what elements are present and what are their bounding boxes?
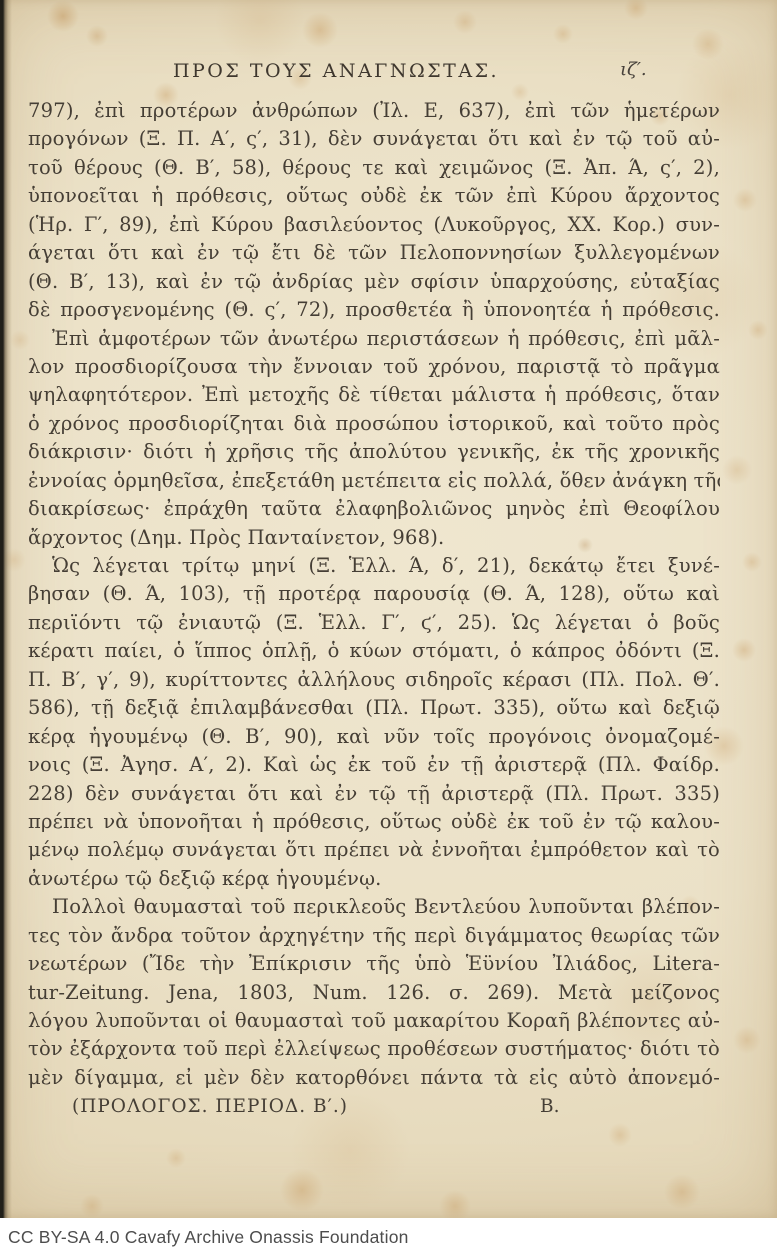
text-line: ἐννοίας ὁρμηθεῖσα, ἐπεξετάθη μετέπειτα ε… [28, 467, 720, 495]
text-line: 228) δὲν συνάγεται ὅτι καὶ ἐν τῷ τῇ ἀρισ… [28, 780, 720, 808]
text-line: λον προσδιορίζουσα τὴν ἔννοιαν τοῦ χρόνο… [28, 353, 720, 381]
text-line: μὲν δίγαμμα, εἰ μὲν δὲν κατορθόνει πάντα… [28, 1064, 720, 1092]
text-line: ψηλαφητότερον. Ἐπὶ μετοχῆς δὲ τίθεται μά… [28, 381, 720, 409]
text-line: άγεται ὅτι καὶ ἐν τῷ ἔτι δὲ τῶν Πελοπονν… [28, 239, 720, 267]
text-line: τοῦ θέρους (Θ. Β′, 58), θέρους τε καὶ χε… [28, 154, 720, 182]
text-line: tur-Zeitung. Jena, 1803, Num. 126. σ. 26… [28, 979, 720, 1007]
signature-mark: Β. [540, 1096, 559, 1117]
text-line: δὲ προσγενομένης (Θ. ς′, 72), προσθετέα … [28, 296, 720, 324]
license-band: CC BY-SA 4.0 Cavafy Archive Onassis Foun… [0, 1218, 777, 1256]
text-line: κέρᾳ ἡγουμένῳ (Θ. Β′, 90), καὶ νῦν τοῖς … [28, 723, 720, 751]
text-line: νοις (Ξ. Ἀγησ. Α′, 2). Καὶ ὡς ἐκ τοῦ ἐν … [28, 751, 720, 779]
body-text: 797), ἐπὶ προτέρων ἀνθρώπων (Ἰλ. Ε, 637)… [28, 97, 720, 1092]
license-caption: CC BY-SA 4.0 Cavafy Archive Onassis Foun… [0, 1227, 409, 1248]
text-line: Πολλοὶ θαυμασταὶ τοῦ περικλεοῦς Βεντλεύο… [28, 893, 720, 921]
text-line: Π. Β′, γ′, 9), κυρίττοντες ἀλλήλους σιδη… [28, 666, 720, 694]
text-line: προγόνων (Ξ. Π. Α′, ς′, 31), δὲν συνάγετ… [28, 125, 720, 153]
running-header-title: ΠΡΟΣ ΤΟΥΣ ΑΝΑΓΝΩΣΤΑΣ. [0, 60, 672, 82]
text-line: κέρατι παίει, ὁ ἵππος ὁπλῇ, ὁ κύων στόμα… [28, 637, 720, 665]
text-line: διακρίσεως· ἐπράχθη ταῦτα ἐλαφηβολιῶνος … [28, 495, 720, 523]
text-line: πρέπει νὰ ὑπονοῆται ἡ πρόθεσις, οὕτως οὐ… [28, 808, 720, 836]
book-binding-edge [0, 0, 12, 1218]
scanned-book-page-view: ΠΡΟΣ ΤΟΥΣ ΑΝΑΓΝΩΣΤΑΣ. ιζ′. 797), ἐπὶ προ… [0, 0, 777, 1256]
text-line: ἀνωτέρω τῷ δεξιῷ κέρᾳ ἡγουμένῳ. [28, 865, 720, 893]
text-line: Ὡς λέγεται τρίτῳ μηνί (Ξ. Ἑλλ. Ά, δ′, 21… [28, 552, 720, 580]
footer-volume-label: (ΠΡΟΛΟΓΟΣ. ΠΕΡΙΟΔ. Β′.) [72, 1096, 348, 1117]
text-line: ἄρχοντος (Δημ. Πρὸς Πανταίνετον, 968). [28, 524, 720, 552]
text-line: ὑπονοεῖται ἡ πρόθεσις, οὕτως οὐδὲ ἐκ τῶν… [28, 182, 720, 210]
text-line: μένῳ πολέμῳ συνάγεται ὅτι πρέπει νὰ ἐννο… [28, 836, 720, 864]
text-line: Ἐπὶ ἀμφοτέρων τῶν ἀνωτέρω περιστάσεων ἡ … [28, 325, 720, 353]
text-line: διάκρισιν· διότι ἡ χρῆσις τῆς ἀπολύτου γ… [28, 438, 720, 466]
text-line: 586), τῇ δεξιᾷ ἐπιλαμβάνεσθαι (Πλ. Πρωτ.… [28, 694, 720, 722]
text-line: ὁ χρόνος προσδιορίζηται διὰ προσώπου ἱστ… [28, 410, 720, 438]
page-number: ιζ′. [620, 59, 647, 80]
book-page: ΠΡΟΣ ΤΟΥΣ ΑΝΑΓΝΩΣΤΑΣ. ιζ′. 797), ἐπὶ προ… [0, 0, 777, 1218]
text-line: 797), ἐπὶ προτέρων ἀνθρώπων (Ἰλ. Ε, 637)… [28, 97, 720, 125]
text-line: (Θ. Β′, 13), καὶ ἐν τῷ ἀνδρίας μὲν σφίσι… [28, 268, 720, 296]
text-line: περιϊόντι τῷ ἐνιαυτῷ (Ξ. Ἑλλ. Γ′, ϛ′, 25… [28, 609, 720, 637]
text-line: τὸν ἐξάρχοντα τοῦ περὶ ἐλλείψεως προθέσε… [28, 1035, 720, 1063]
text-line: νεωτέρων (Ἴδε τὴν Ἐπίκρισιν τῆς ὑπὸ Ἑϋνί… [28, 950, 720, 978]
text-line: (Ἡρ. Γ′, 89), ἐπὶ Κύρου βασιλεύοντος (Λυ… [28, 211, 720, 239]
text-line: τες τὸν ἄνδρα τοῦτον ἀρχηγέτην τῆς περὶ … [28, 922, 720, 950]
text-line: λόγου λυποῦνται οἱ θαυμασταὶ τοῦ μακαρίτ… [28, 1007, 720, 1035]
text-line: βησαν (Θ. Ά, 103), τῇ προτέρᾳ παρουσίᾳ (… [28, 580, 720, 608]
